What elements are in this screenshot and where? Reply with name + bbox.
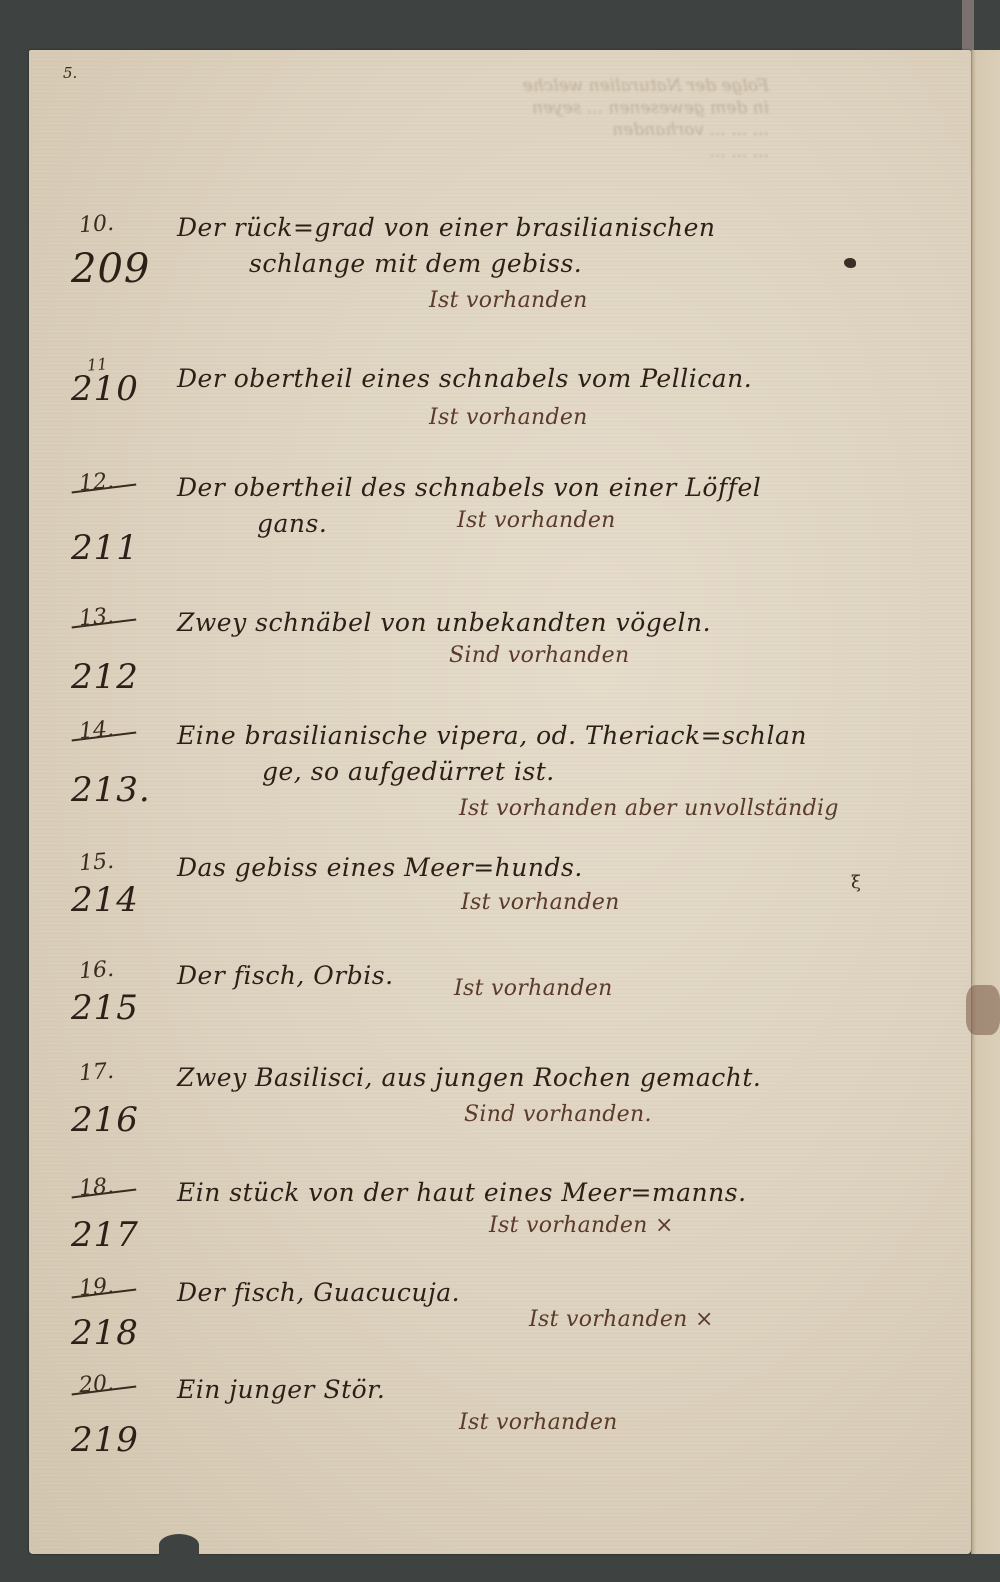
status-note: Ist vorhanden (429, 405, 588, 430)
status-text: Ist vorhanden (489, 1213, 648, 1238)
description-line: Der fisch, Guacucuja. (177, 1275, 967, 1311)
description-line: Das gebiss eines Meer=hunds. (177, 850, 967, 886)
entry-description: Das gebiss eines Meer=hunds. (177, 850, 967, 886)
entry-description: Zwey Basilisci, aus jungen Rochen gemach… (177, 1060, 967, 1096)
paper-stain (966, 985, 1000, 1035)
description-line: Ein junger Stör. (177, 1372, 967, 1408)
entry-description: Der rück=grad von einer brasilianischen … (177, 210, 967, 282)
old-number: 10. (78, 211, 115, 238)
old-number: 19. (78, 1274, 115, 1301)
description-line: Der rück=grad von einer brasilianischen (177, 210, 967, 246)
status-note: Ist vorhanden (461, 890, 620, 915)
facing-page-edge (971, 50, 1000, 1554)
entry-description: Der obertheil eines schnabels vom Pellic… (177, 361, 967, 397)
folio-mark: 5. (63, 64, 77, 82)
description-line: Der obertheil eines schnabels vom Pellic… (177, 361, 967, 397)
old-number: 17. (78, 1059, 115, 1086)
status-text: Ist vorhanden (529, 1307, 688, 1332)
bleed-line: Folge der Naturalien welche (249, 75, 769, 97)
old-number: 13. (78, 604, 115, 631)
old-number: 12. (78, 469, 115, 496)
entry-description: Zwey schnäbel von unbekandten vögeln. (177, 605, 967, 641)
new-number: 210 (71, 369, 139, 409)
new-number: 218 (71, 1313, 139, 1353)
status-note: Ist vorhanden (454, 976, 613, 1001)
old-number: 14. (78, 717, 115, 744)
bleed-line: ... ... ... vorhanden (249, 119, 769, 141)
bleed-line: ... ... ... (249, 141, 769, 163)
entry-description: Ein junger Stör. (177, 1372, 967, 1408)
new-number: 214 (71, 880, 139, 920)
new-number: 219 (71, 1420, 139, 1460)
new-number: 209 (71, 246, 150, 292)
entry-description: Der fisch, Guacucuja. (177, 1275, 967, 1311)
status-note: Sind vorhanden. (464, 1102, 652, 1127)
status-note: Ist vorhanden (457, 508, 616, 533)
check-mark: × (695, 1307, 714, 1332)
manuscript-page: 5. Folge der Naturalien welche in dem ge… (29, 50, 971, 1554)
description-line: ge, so aufgedürret ist. (177, 754, 967, 790)
old-number: 20. (78, 1371, 115, 1398)
new-number: 213. (71, 770, 151, 810)
ink-blot (844, 258, 856, 268)
new-number: 217 (71, 1215, 139, 1255)
new-number: 212 (71, 657, 139, 697)
status-note: Sind vorhanden (449, 643, 629, 668)
entry-description: Eine brasilianische vipera, od. Theriack… (177, 718, 967, 790)
status-note: Ist vorhanden (429, 288, 588, 313)
margin-mark: ξ (851, 872, 861, 893)
status-note: Ist vorhanden (459, 1410, 618, 1435)
old-number: 15. (78, 849, 115, 876)
old-number: 16. (78, 957, 115, 984)
description-line: Eine brasilianische vipera, od. Theriack… (177, 718, 967, 754)
entry-description: Ein stück von der haut eines Meer=manns. (177, 1175, 967, 1211)
check-mark: × (655, 1213, 674, 1238)
description-line: Zwey Basilisci, aus jungen Rochen gemach… (177, 1060, 967, 1096)
description-line: Ein stück von der haut eines Meer=manns. (177, 1175, 967, 1211)
new-number: 215 (71, 988, 139, 1028)
bleed-through-text: Folge der Naturalien welche in dem gewes… (249, 75, 769, 195)
old-number: 18. (78, 1174, 115, 1201)
binding-strip (962, 0, 974, 50)
status-note: Ist vorhanden aber unvollständig (459, 796, 839, 821)
new-number: 216 (71, 1100, 139, 1140)
status-note: Ist vorhanden × (489, 1213, 674, 1238)
new-number: 211 (71, 528, 139, 568)
description-line: Der obertheil des schnabels von einer Lö… (177, 470, 967, 506)
bleed-line: in dem gewesenen ... seyen (249, 97, 769, 119)
description-line: Zwey schnäbel von unbekandten vögeln. (177, 605, 967, 641)
status-note: Ist vorhanden × (529, 1307, 714, 1332)
